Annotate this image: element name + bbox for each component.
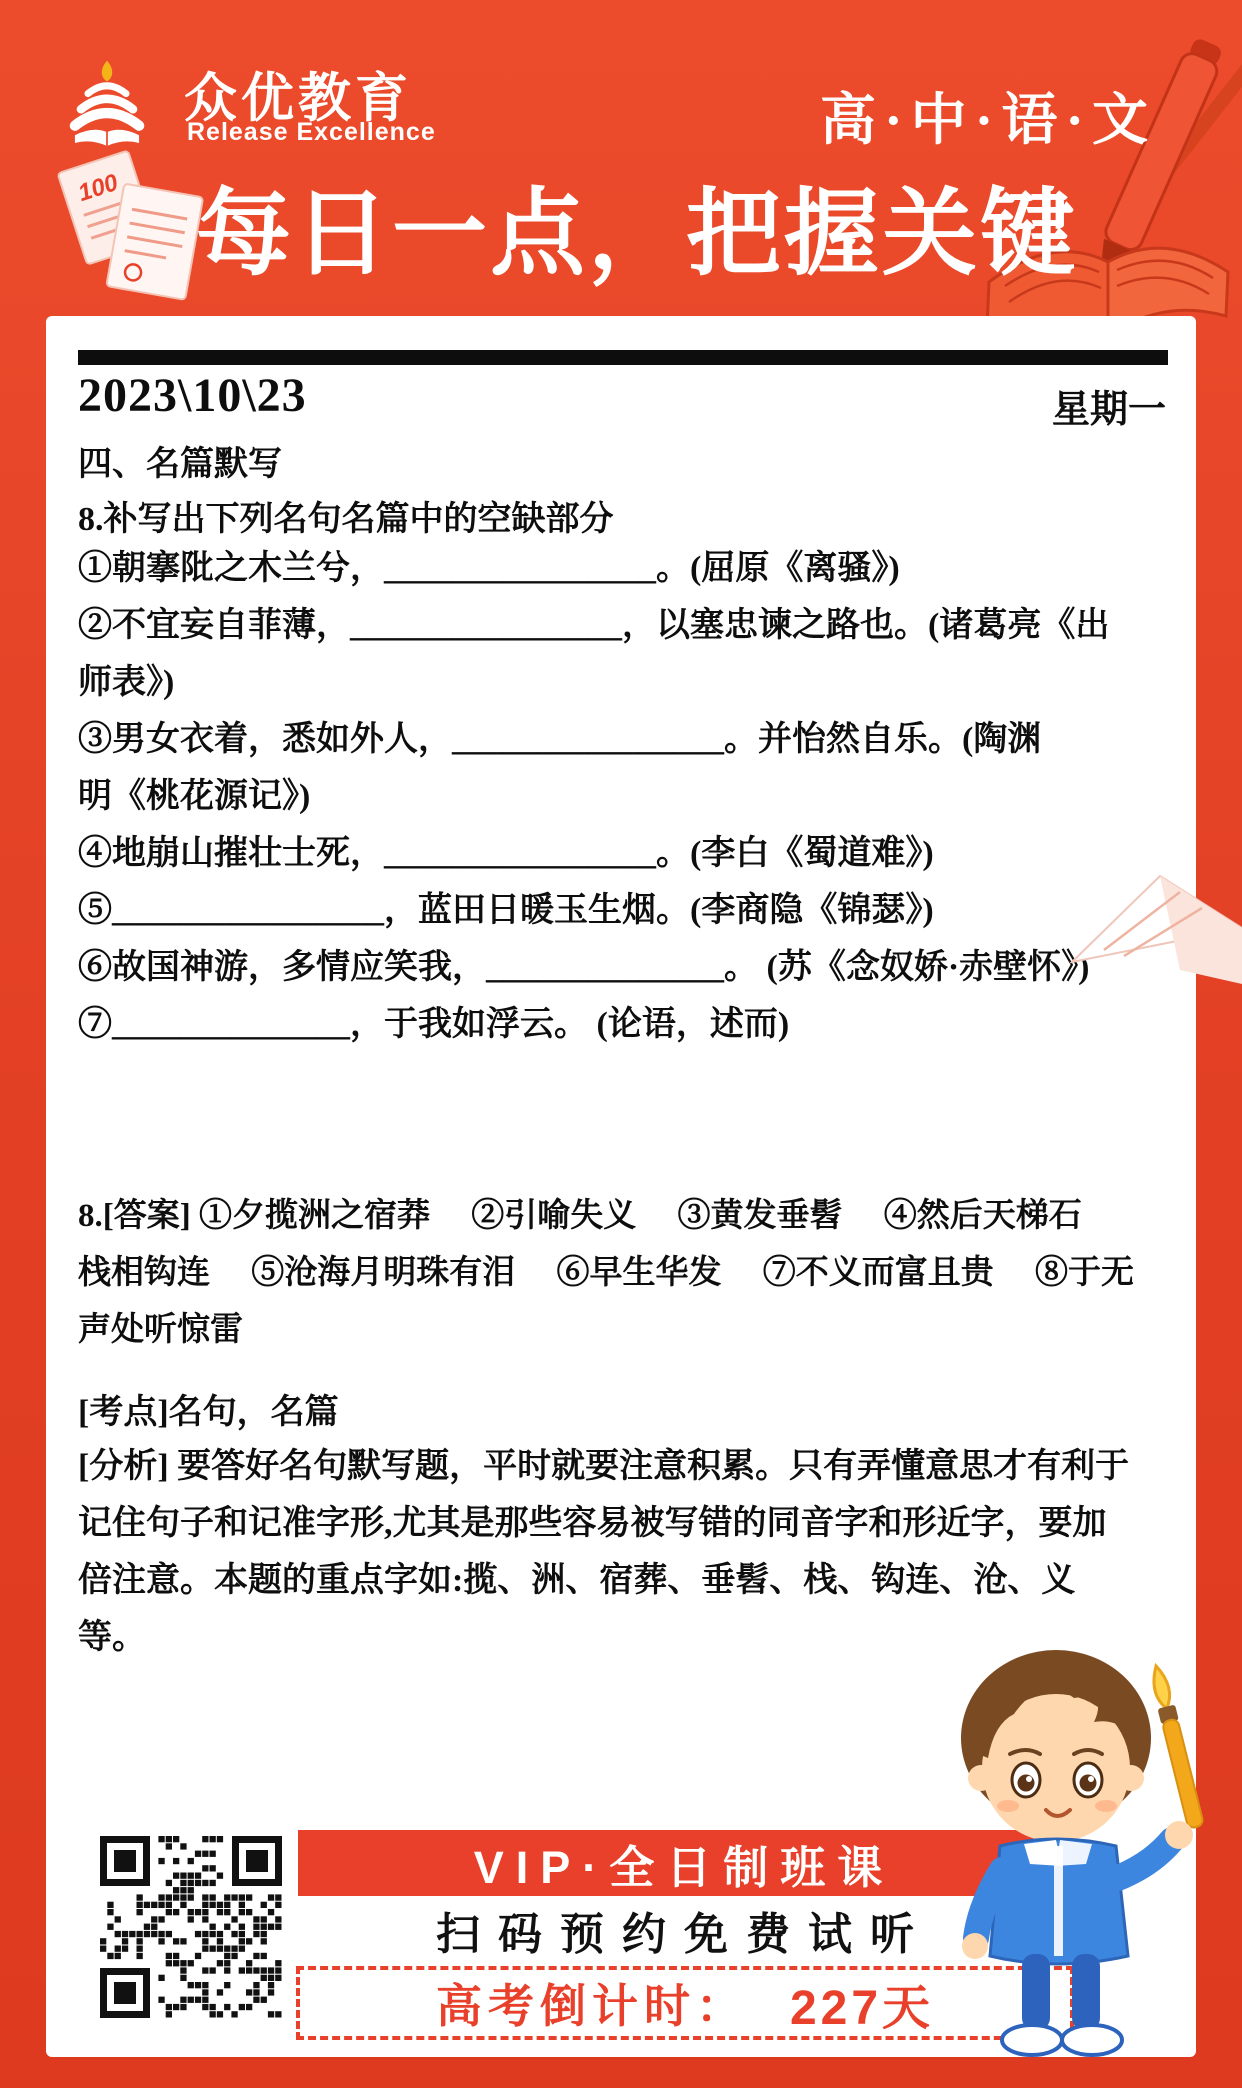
question-line: ①朝搴阰之木兰兮，________________。(屈原《离骚》) <box>78 540 1178 597</box>
divider-bar <box>78 350 1168 365</box>
answer-line: 栈相钩连 ⑤沧海月明珠有泪 ⑥早生华发 ⑦不义而富且贵 ⑧于无 <box>78 1245 1178 1302</box>
question-line: ④地崩山摧壮士死，________________。(李白《蜀道难》) <box>78 825 1178 882</box>
poster: 众优教育 Release Excellence 高·中·语·文 100 每日一点… <box>0 0 1242 2088</box>
analysis-line: 倍注意。本题的重点字如:揽、洲、宿葬、垂髫、栈、钩连、沧、义 <box>78 1552 1178 1609</box>
question-line: ⑦______________，于我如浮云。 (论语，述而) <box>78 996 1178 1053</box>
answer-lines: 8.[答案] ①夕揽洲之宿莽 ②引喻失义 ③黄发垂髫 ④然后天梯石 栈相钩连 ⑤… <box>78 1188 1178 1359</box>
vip-banner-label: VIP·全日制班课 <box>474 1831 895 1896</box>
folded-paper-graphic <box>1052 862 1242 992</box>
question-line: ⑥故国神游，多情应笑我，______________。 (苏《念奴娇·赤壁怀》) <box>78 939 1178 996</box>
question-line: 明《桃花源记》) <box>78 768 1178 825</box>
subject-label: 高·中·语·文 <box>820 76 1156 156</box>
page-title: 每日一点，把握关键 <box>196 158 1078 294</box>
exam-point-label: [考点]名句，名篇 <box>78 1384 339 1433</box>
date-label: 2023\10\23 <box>78 368 307 423</box>
question-line: ②不宜妄自菲薄，________________，以塞忠谏之路也。(诸葛亮《出 <box>78 597 1178 654</box>
question-title: 8.补写出下列名句名篇中的空缺部分 <box>78 491 614 540</box>
question-line: ⑤________________，蓝田日暖玉生烟。(李商隐《锦瑟》) <box>78 882 1178 939</box>
analysis-line: 记住句子和记准字形,尤其是那些容易被写错的同音字和形近字，要加 <box>78 1495 1178 1552</box>
analysis-lines: [分析] 要答好名句默写题，平时就要注意积累。只有弄懂意思才有利于 记住句子和记… <box>78 1438 1178 1666</box>
question-line: 师表》) <box>78 654 1178 711</box>
answer-line: 声处听惊雷 <box>78 1302 1178 1359</box>
logo-subtitle: Release Excellence <box>187 118 436 147</box>
logo-icon <box>68 54 146 154</box>
paper-sheets-graphic: 100 <box>56 146 216 316</box>
section-title: 四、名篇默写 <box>78 436 282 485</box>
question-lines: ①朝搴阰之木兰兮，________________。(屈原《离骚》) ②不宜妄自… <box>78 540 1178 1053</box>
question-line: ③男女衣着，悉如外人，________________。并怡然自乐。(陶渊 <box>78 711 1178 768</box>
countdown-label: 高考倒计时： <box>436 1970 748 2036</box>
qr-code <box>92 1828 290 2026</box>
answer-line: 8.[答案] ①夕揽洲之宿莽 ②引喻失义 ③黄发垂髫 ④然后天梯石 <box>78 1188 1178 1245</box>
mascot-character <box>896 1634 1242 2088</box>
analysis-line: [分析] 要答好名句默写题，平时就要注意积累。只有弄懂意思才有利于 <box>78 1438 1178 1495</box>
weekday-label: 星期一 <box>1052 378 1166 433</box>
